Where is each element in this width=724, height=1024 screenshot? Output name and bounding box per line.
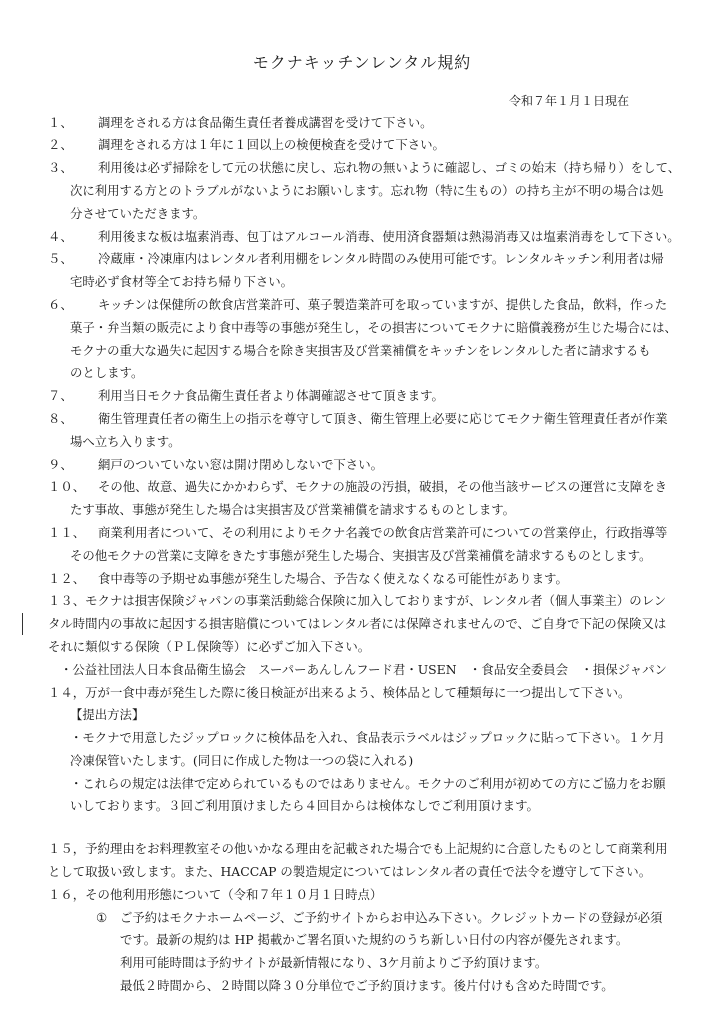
item-number: ５、: [48, 251, 73, 267]
item-text: 菓子・弁当類の販売により食中毒等の事態が発生し，その損害についてモクナに賠償義務…: [70, 320, 677, 336]
item-text: １５，予約理由をお料理教室その他いかなる理由を記載された場合でも上記規約に合意し…: [48, 841, 668, 857]
item-text: 利用後まな板は塩素消毒、包丁はアルコール消毒、使用済食器類は熱湯消毒又は塩素消毒…: [98, 229, 680, 245]
item-number: ４、: [48, 229, 73, 245]
insurer-list: ・公益社団法人日本食品衛生協会 スーパーあんしんフード君・USEN ・食品安全委…: [60, 662, 667, 678]
sub-text: ご予約はモクナホームページ、ご予約サイトからお申込み下さい。クレジットカードの登…: [120, 910, 662, 926]
item-number: ２、: [48, 137, 73, 153]
item-number: ６、: [48, 297, 73, 313]
bullet-text: ・モクナで用意したジップロックに検体品を入れ、食品表示ラベルはジップロックに貼っ…: [70, 730, 665, 746]
item-text: それに類似する保険（ＰＬ保険等）に必ずご加入下さい。: [48, 639, 370, 655]
sub-text: 最低２時間から、２時間以降３０分単位でご予約頂けます。後片付けも含めた時間です。: [120, 978, 614, 994]
method-heading: 【提出方法】: [70, 707, 144, 723]
item-text: 冷蔵庫・冷凍庫内はレンタル者利用棚をレンタル時間のみ使用可能です。レンタルキッチ…: [98, 251, 664, 267]
item-text: 調理をされる方は食品衛生責任者養成講習を受けて下さい。: [98, 115, 433, 131]
item-text: 利用当日モクナ食品衛生責任者より体調確認させて頂きます。: [98, 388, 444, 404]
item-text: その他モクナの営業に支障をきたす事態が発生した場合、実損害及び営業補償を請求する…: [70, 548, 651, 564]
item-text: キッチンは保健所の飲食店営業許可、菓子製造業許可を取っていますが、提供した食品，…: [98, 297, 667, 313]
item-text: 衛生管理責任者の衛生上の指示を尊守して頂き、衛生管理上必要に応じてモクナ衛生管理…: [98, 411, 667, 427]
document-title: モクナキッチンレンタル規約: [0, 50, 724, 73]
item-number: １０、: [48, 479, 85, 495]
item-number: １２、: [48, 571, 85, 587]
bullet-text: いしております。３回ご利用頂けましたら４回目からは検体なしでご利用頂けます。: [70, 798, 539, 814]
item-text: １３、モクナは損害保険ジャパンの事業活動総合保険に加入しておりますが、レンタル者…: [48, 593, 666, 609]
text-cursor: [22, 613, 23, 635]
item-text: として取扱い致します。また、HACCAP の製造規定についてはレンタル者の責任で…: [48, 864, 651, 880]
item-text: のとします。: [70, 365, 143, 381]
bullet-text: ・これらの規定は法律で定められているものではありません。モクナのご利用が初めての…: [70, 776, 666, 792]
item-text: たす事故、事態が発生した場合は実損害及び営業補償を請求するものとします。: [70, 502, 515, 518]
sub-marker: ①: [96, 910, 107, 926]
item-number: ８、: [48, 411, 73, 427]
item-text: モクナの重大な過失に起因する場合を除き実損害及び営業補償をキッチンをレンタルした…: [70, 343, 651, 359]
item-text: 場へ立ち入ります。: [70, 434, 181, 450]
bullet-text: 冷凍保管いたします。(同日に作成した物は一つの袋に入れる): [70, 753, 413, 769]
item-text: 宅時必ず食材等全てお持ち帰り下さい。: [70, 274, 293, 290]
item-text: 網戸のついていない窓は開け閉めしないで下さい。: [98, 457, 383, 473]
item-number: １、: [48, 115, 73, 131]
item-number: １１、: [48, 525, 85, 541]
item-number: ９、: [48, 457, 73, 473]
item-text: 食中毒等の予期せぬ事態が発生した場合、予告なく使えなくなる可能性があります。: [98, 571, 568, 587]
item-text: 次に利用する方とのトラブルがないようにお願いします。忘れ物（特に生もの）の持ち主…: [70, 183, 663, 199]
item-text: 商業利用者について、その利用によりモクナ名義での飲食店営業許可についての営業停止…: [98, 525, 667, 541]
item-number: ７、: [48, 388, 73, 404]
item-text: 分させていただきます。: [70, 206, 205, 222]
sub-text: 利用可能時間は予約サイトが最新情報になり、3ケ月前よりご予約頂けます。: [120, 955, 547, 971]
effective-date: 令和７年１月１日現在: [509, 92, 629, 109]
item-text: １４，万が一食中毒が発生した際に後日検証が出来るよう、検体品として種類毎に一つ提…: [48, 685, 630, 701]
item-text: １６，その他利用形態について（令和７年１０月１日時点）: [48, 887, 382, 903]
item-text: 利用後は必ず掃除をして元の状態に戻し、忘れ物の無いように確認し、ゴミの始末（持ち…: [98, 160, 680, 176]
item-text: その他、故意、過失にかかわらず、モクナの施設の汚損，破損，その他当該サービスの運…: [98, 479, 667, 495]
item-text: タル時間内の事故に起因する損害賠償についてはレンタル者には保障されませんので、ご…: [48, 616, 666, 632]
item-text: 調理をされる方は１年に１回以上の検便検査を受けて下さい。: [98, 137, 445, 153]
sub-text: です。最新の規約は HP 掲載かご署名頂いた規約のうち新しい日付の内容が優先され…: [120, 932, 628, 948]
item-number: ３、: [48, 160, 73, 176]
